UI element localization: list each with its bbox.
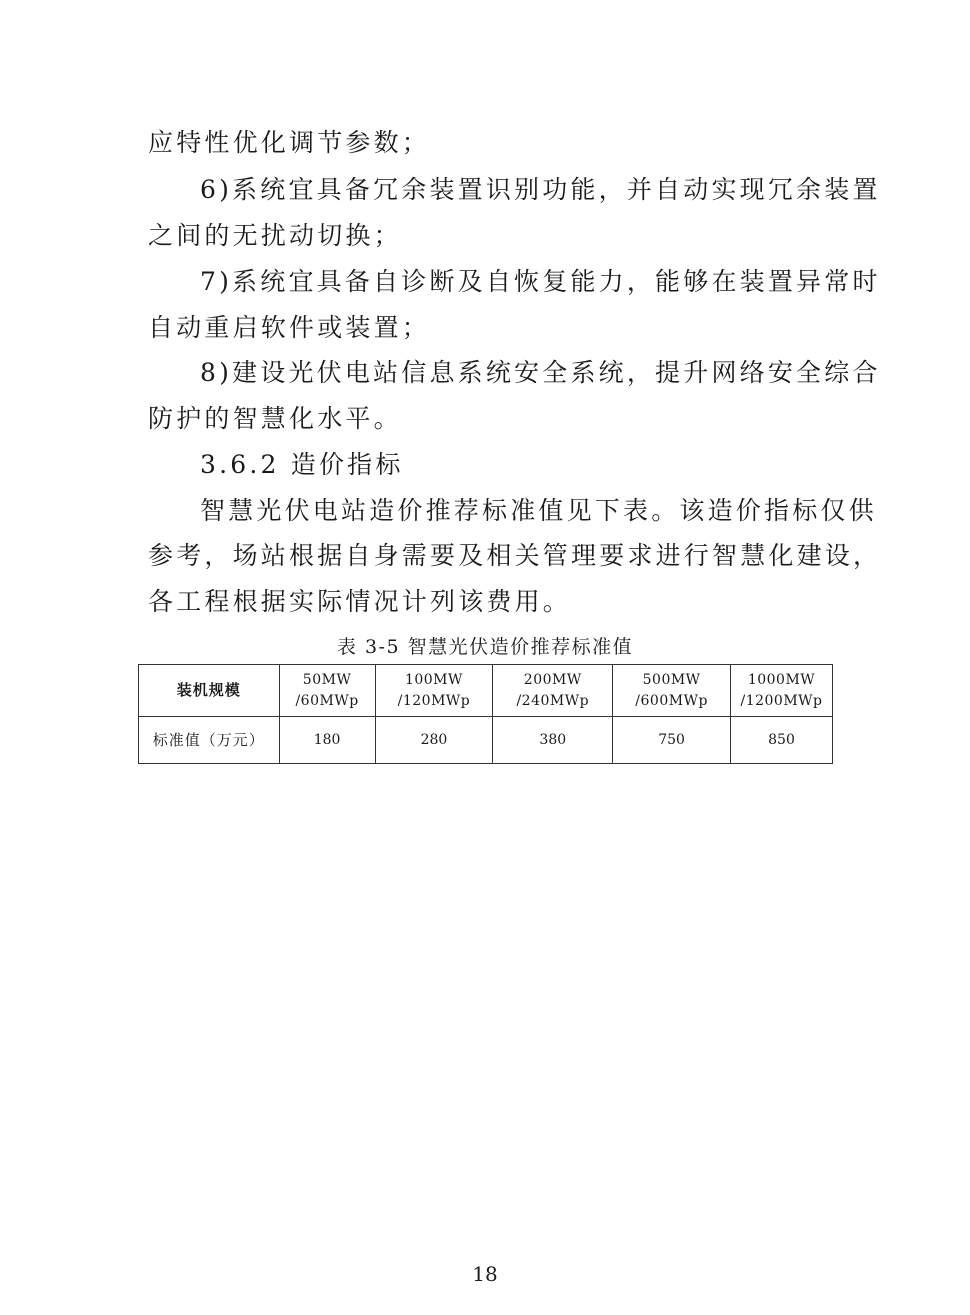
paragraph-line: 8)建设光伏电站信息系统安全系统，提升网络安全综合 <box>200 358 881 388</box>
header-cell: 1000MW/1200MWp <box>731 665 833 717</box>
paragraph-line: 之间的无扰动切换； <box>148 221 402 251</box>
value-cell: 180 <box>279 717 375 764</box>
value-cell: 750 <box>613 717 731 764</box>
header-cell: 50MW/60MWp <box>279 665 375 717</box>
cost-table: 装机规模 50MW/60MWp 100MW/120MWp 200MW/240MW… <box>138 664 833 764</box>
page-number: 18 <box>0 1262 970 1286</box>
header-cell: 500MW/600MWp <box>613 665 731 717</box>
value-cell: 280 <box>375 717 493 764</box>
table-header-row: 装机规模 50MW/60MWp 100MW/120MWp 200MW/240MW… <box>139 665 833 717</box>
header-cell: 200MW/240MWp <box>493 665 613 717</box>
table-caption: 表 3-5 智慧光伏造价推荐标准值 <box>0 634 970 660</box>
paragraph-line: 参考，场站根据自身需要及相关管理要求进行智慧化建设， <box>148 541 881 571</box>
paragraph-line: 6)系统宜具备冗余装置识别功能，并自动实现冗余装置 <box>200 175 881 205</box>
header-cell: 100MW/120MWp <box>375 665 493 717</box>
section-heading: 3.6.2 造价指标 <box>200 450 404 480</box>
paragraph-line: 智慧光伏电站造价推荐标准值见下表。该造价指标仅供 <box>200 496 877 526</box>
paragraph-line: 各工程根据实际情况计列该费用。 <box>148 587 571 617</box>
value-cell: 850 <box>731 717 833 764</box>
paragraph-line: 自动重启软件或装置； <box>148 313 430 343</box>
row-label: 标准值（万元） <box>139 717 280 764</box>
table-row: 标准值（万元） 180 280 380 750 850 <box>139 717 833 764</box>
value-cell: 380 <box>493 717 613 764</box>
paragraph-line: 7)系统宜具备自诊断及自恢复能力，能够在装置异常时 <box>200 267 881 297</box>
paragraph-line: 应特性优化调节参数； <box>148 128 430 158</box>
paragraph-line: 防护的智慧化水平。 <box>148 404 402 434</box>
header-capacity-label: 装机规模 <box>139 665 280 717</box>
